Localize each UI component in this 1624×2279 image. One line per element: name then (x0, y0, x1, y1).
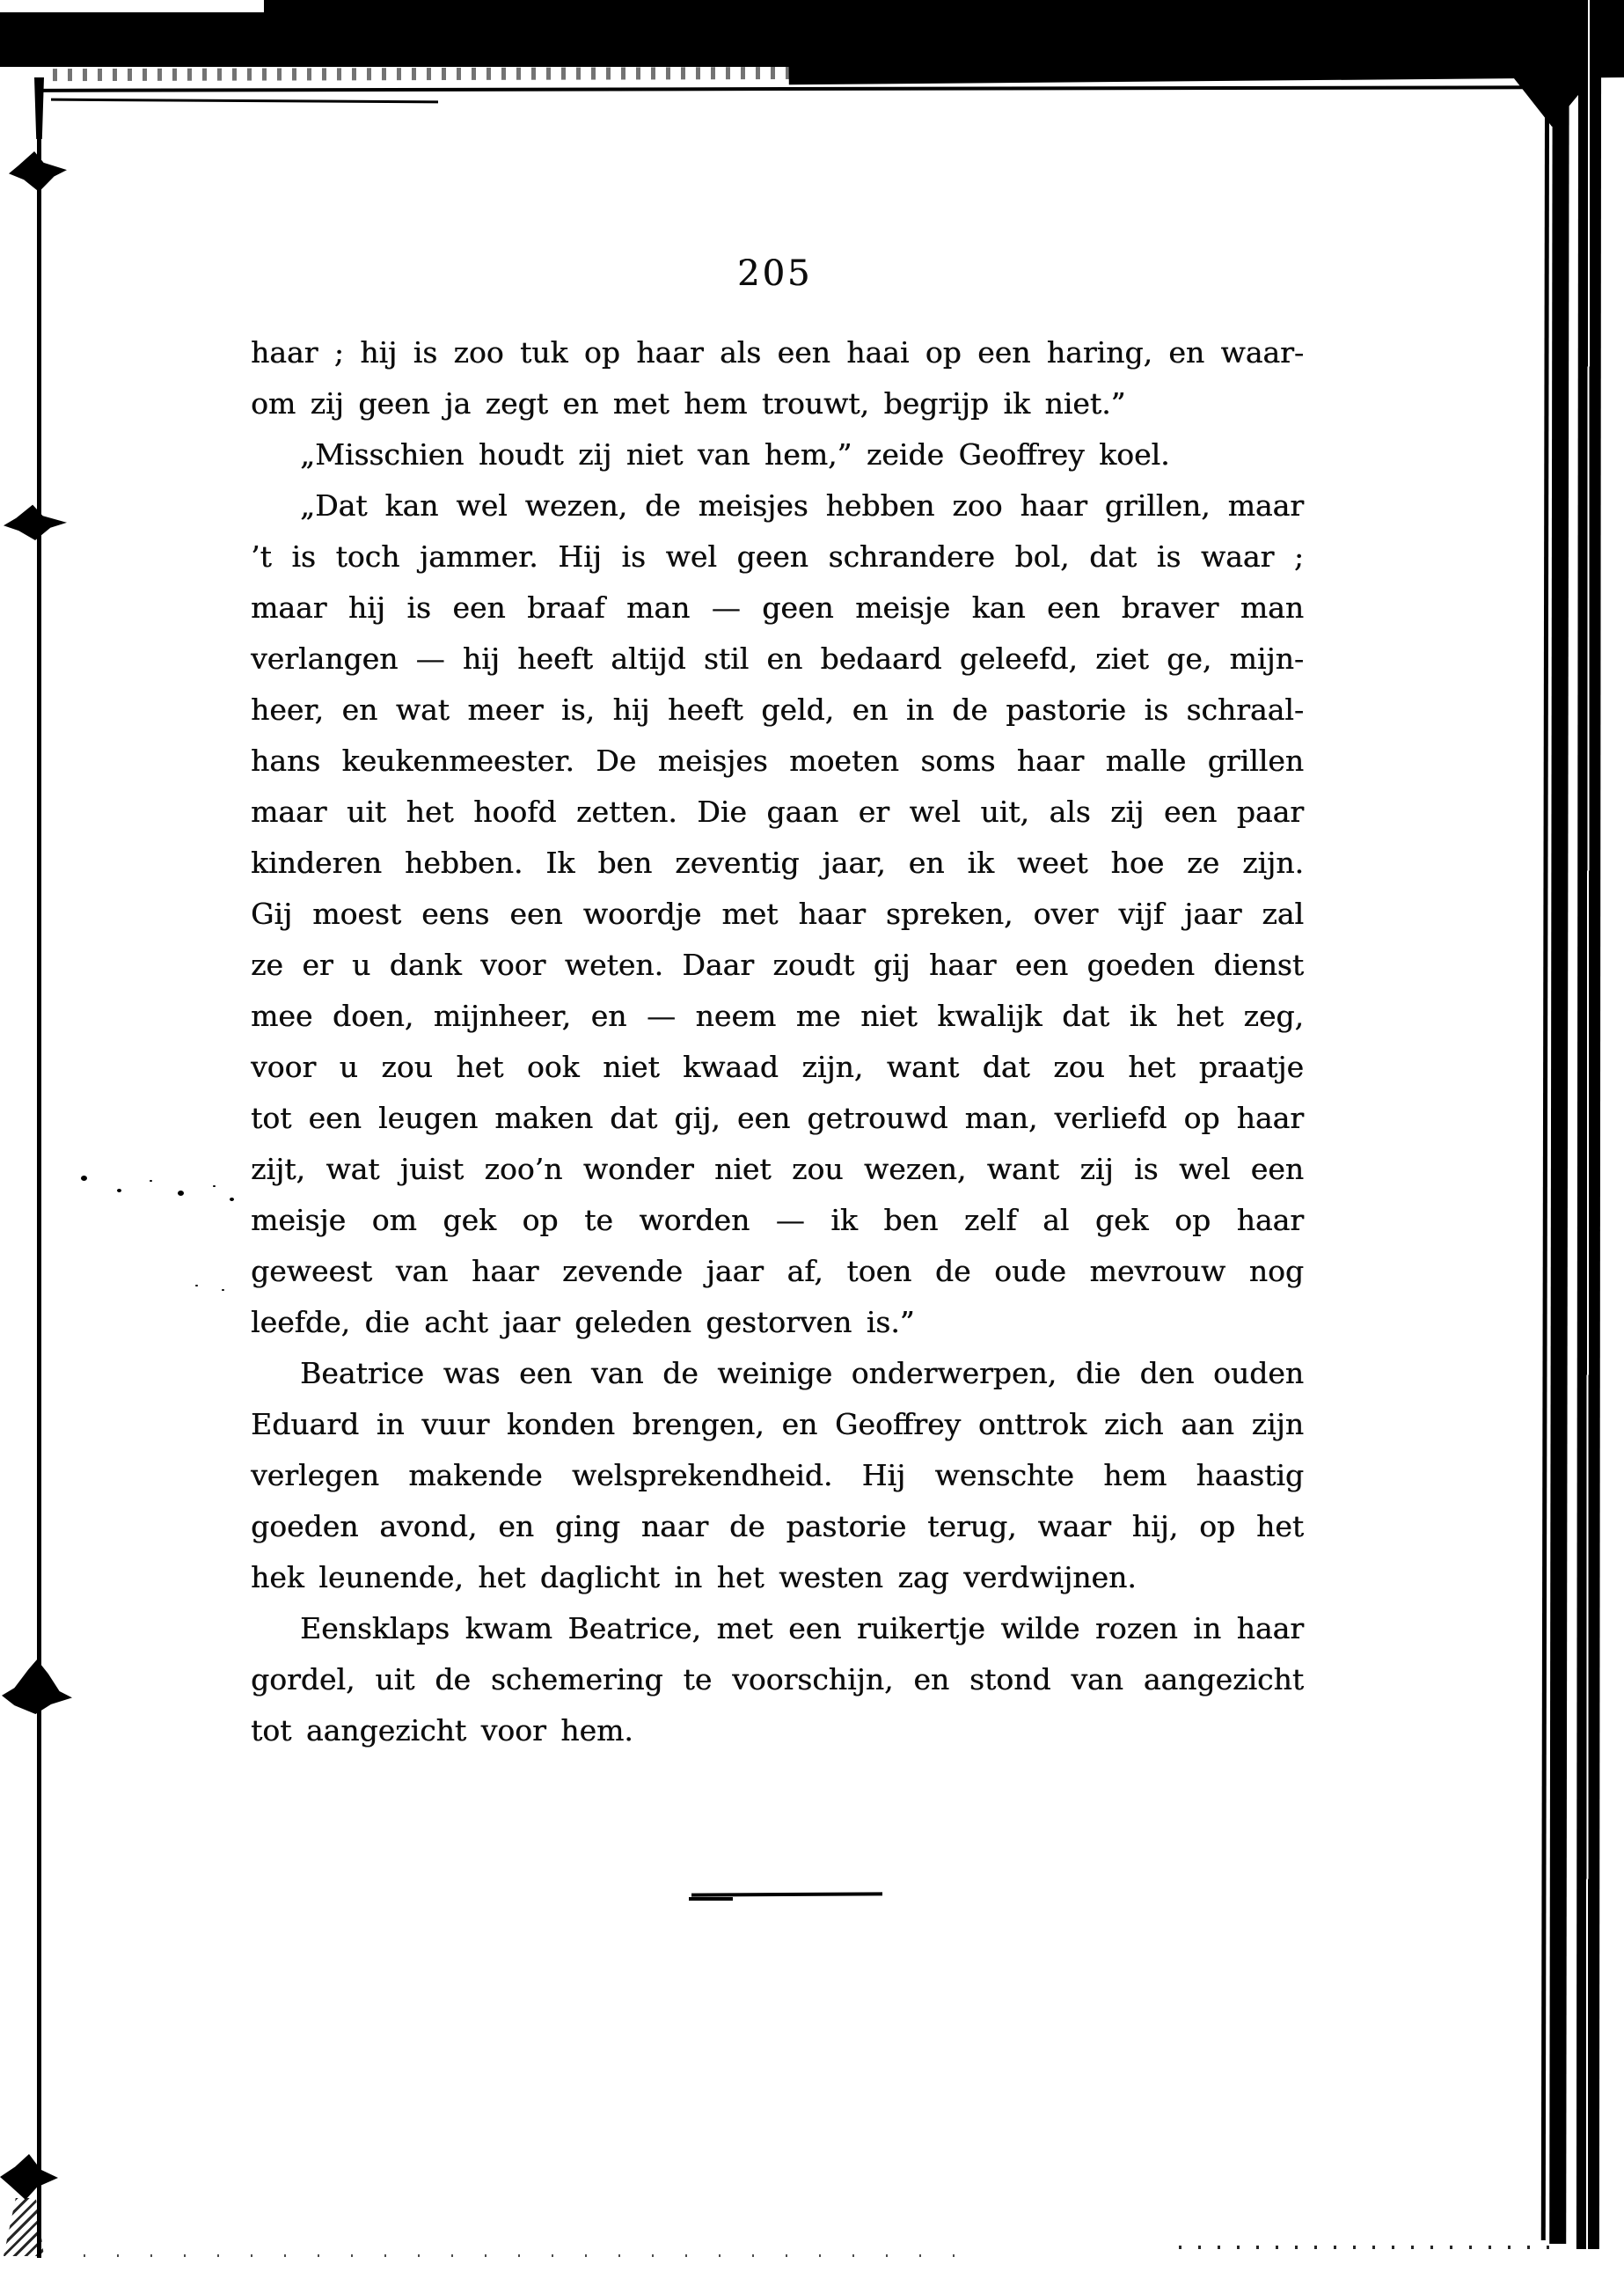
section-divider-rule (691, 1892, 882, 1896)
section-divider-nub (689, 1897, 733, 1901)
text-line: ’t is toch jammer. Hij is wel geen schra… (251, 531, 1304, 583)
ink-blot (4, 503, 67, 540)
left-margin-line (37, 84, 41, 2258)
bottom-speckle-row (84, 2254, 972, 2257)
text-line: meisje om gek op te worden — ik ben zelf… (251, 1195, 1304, 1246)
text-line: haar ; hij is zoo tuk op haar als een ha… (251, 327, 1304, 378)
text-line: mee doen, mijnheer, en — neem me niet kw… (251, 991, 1304, 1042)
text-line: gordel, uit de schemering te voorschijn,… (251, 1654, 1304, 1705)
text-line: maar hij is een braaf man — geen meisje … (251, 583, 1304, 634)
bottom-speckle-row (1179, 2246, 1557, 2249)
margin-ink-specks (81, 1176, 87, 1181)
top-rule-artifact-2 (51, 99, 438, 104)
text-line: Eduard in vuur konden brengen, en Geoffr… (251, 1399, 1304, 1450)
text-line: voor u zou het ook niet kwaad zijn, want… (251, 1042, 1304, 1093)
text-line: hans keukenmeester. De meisjes moeten so… (251, 736, 1304, 787)
text-line: maar uit het hoofd zetten. Die gaan er w… (251, 787, 1304, 838)
text-line: Gij moest eens een woordje met haar spre… (251, 889, 1304, 940)
text-line: hek leunende, het daglicht in het westen… (251, 1552, 1304, 1603)
text-line: verlegen makende welsprekendheid. Hij we… (251, 1450, 1304, 1501)
right-scan-border-bar (1541, 0, 1549, 2240)
text-line: heer, en wat meer is, hij heeft geld, en… (251, 685, 1304, 736)
page-number: 205 (737, 253, 812, 294)
text-line: „Misschien houdt zij niet van hem,” zeid… (251, 429, 1304, 480)
text-line: „Dat kan wel wezen, de meisjes hebben zo… (251, 480, 1304, 531)
right-scan-border-bar (1576, 0, 1601, 2249)
text-line: Eensklaps kwam Beatrice, met een ruikert… (251, 1603, 1304, 1654)
ink-blot (2, 1660, 72, 1714)
text-line: zijt, wat juist zoo’n wonder niet zou we… (251, 1144, 1304, 1195)
text-line: leefde, die acht jaar geleden gestorven … (251, 1297, 1304, 1348)
ink-blot (9, 151, 67, 192)
text-line: tot aangezicht voor hem. (251, 1705, 1304, 1756)
text-line: Beatrice was een van de weinige onderwer… (251, 1348, 1304, 1399)
text-line: verlangen — hij heeft altijd stil en bed… (251, 634, 1304, 685)
left-margin-line-top (34, 77, 44, 139)
text-line: goeden avond, en ging naar de pastorie t… (251, 1501, 1304, 1552)
right-scan-border-bar (1549, 0, 1569, 2244)
text-block: haar ; hij is zoo tuk op haar als een ha… (251, 327, 1304, 1756)
text-line: om zij geen ja zegt en met hem trouwt, b… (251, 378, 1304, 429)
ink-blot (0, 2154, 58, 2200)
text-line: geweest van haar zevende jaar af, toen d… (251, 1246, 1304, 1297)
top-rule-artifact (35, 85, 1571, 92)
page-scan: 205 haar ; hij is zoo tuk op haar als ee… (0, 0, 1624, 2279)
text-line: tot een leugen maken dat gij, een getrou… (251, 1093, 1304, 1144)
text-line: kinderen hebben. Ik ben zeventig jaar, e… (251, 838, 1304, 889)
text-line: ze er u dank voor weten. Daar zoudt gij … (251, 940, 1304, 991)
